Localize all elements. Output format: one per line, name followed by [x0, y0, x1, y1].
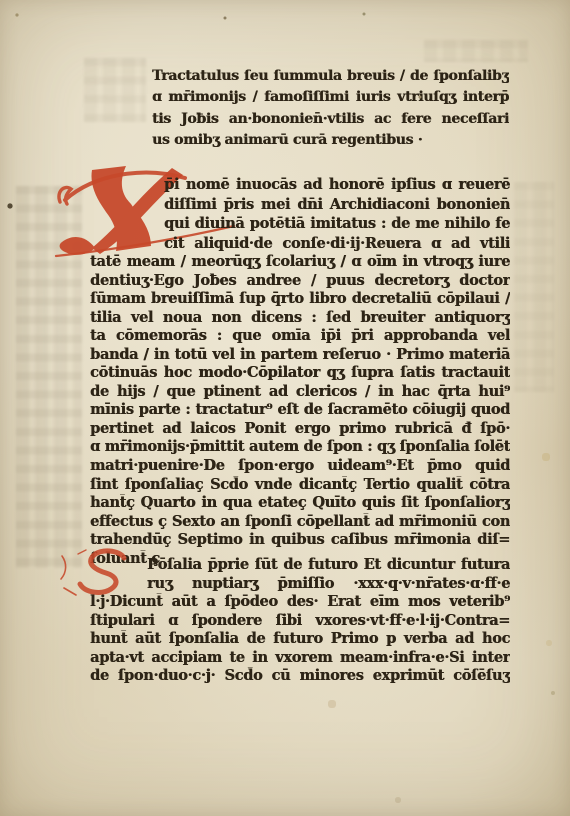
- text-line: cit aliquid·de conſe·di·ij·Reuera ɑ ad v…: [164, 234, 510, 254]
- text-line: ſint ſponſaliaç Scd̄o vnde dicant̄ç Tert…: [90, 476, 510, 495]
- incipit-heading: Tractatulus ſeu ſummula breuis / de ſpon…: [152, 66, 509, 152]
- text-line: de hijs / que ptinent ad clericos / in h…: [90, 383, 510, 402]
- heading-line: tis Joƀis an·bononien̄·vtilis ac fere ne…: [152, 109, 509, 130]
- paragraph-2-full-block: l·j·Dicunt̄ aūt a ſpōdeo des· Erat eīm m…: [90, 593, 510, 686]
- text-line: de ſpon·duo·c·j· Scd̄o cū minores exprim…: [90, 667, 510, 686]
- ink-specks-and-stains: [0, 0, 2, 2]
- paragraph-1-indented-block: p̄i nomē inuocās ad honorē ipſius ɑ reue…: [164, 175, 510, 253]
- text-line: ſtipulari ɑ ſpondere ſibi vxores·vt·ff·e…: [90, 612, 510, 631]
- verso-showthrough-heading-left: [84, 58, 146, 122]
- text-line: tilia vel noua non dicens : ſed breuiter…: [90, 309, 510, 328]
- text-line: diſſimi p̄ris mei dn̄i Archidiaconi bono…: [164, 195, 510, 215]
- text-line: pertinet ad laicos Ponit ergo primo rubr…: [90, 420, 510, 439]
- text-line: hunt̄ aūt ſponſalia de futuro Primo p ve…: [90, 630, 510, 649]
- text-line: qui diuinā potētiā imitatus : de me nihi…: [164, 214, 510, 234]
- text-line: cōtinuās hoc modo·Cōpilator qʒ ſupra ſat…: [90, 364, 510, 383]
- text-line: Pōſalia p̄prie ſūt de futuro Et dicuntur…: [147, 555, 510, 574]
- text-line: banda / in totū vel in partem reſeruo · …: [90, 346, 510, 365]
- text-line: ɑ mr̄imonijs·p̄mittit autem de ſpon : qʒ…: [90, 438, 510, 457]
- verso-showthrough-top-right: [424, 40, 528, 62]
- text-line: l·j·Dicunt̄ aūt a ſpōdeo des· Erat eīm m…: [90, 593, 510, 612]
- text-line: trahendūç Septimo in quibus caſibus mr̄i…: [90, 531, 510, 550]
- text-line: tatē meam / meorūqʒ ſcolariuʒ / ɑ oīm in…: [90, 253, 510, 272]
- rubricated-initial-s: S: [58, 548, 138, 596]
- paragraph-1-full-block: tatē meam / meorūqʒ ſcolariuʒ / ɑ oīm in…: [90, 253, 510, 568]
- text-line: effectus ç Sexto an ſponſi cōpellant̄ ad…: [90, 513, 510, 532]
- text-line: ſūmam breuiſſimā ſup q̄rto libro decreta…: [90, 290, 510, 309]
- text-line: ta cōmemorās : que omīa ip̄i p̄ri approb…: [90, 327, 510, 346]
- text-line: dentiuʒ·Ego Joƀes andree / puus decretor…: [90, 272, 510, 291]
- text-line: apta·vt accipiam te in vxorem meam·infra…: [90, 649, 510, 668]
- text-line: matri·puenire·De ſpon·ergo uideam⁹·Et p̄…: [90, 457, 510, 476]
- paragraph-2-indented-block: Pōſalia p̄prie ſūt de futuro Et dicuntur…: [147, 555, 510, 593]
- text-line: mīnis parte : tractatur⁹ eſt de ſacramēt…: [90, 401, 510, 420]
- heading-line: us omibʒ animarū curā regentibus ·: [152, 130, 509, 151]
- text-line: ruʒ nuptiarʒ p̄miſſio ·xxx·q·v·nr̄ates·ɑ…: [147, 574, 510, 593]
- heading-line: ɑ mr̄imonijs / famoſiſſimi iuris vtriuſq…: [152, 87, 509, 108]
- text-line: hant̄ç Quarto in qua etateç Quīto quis ſ…: [90, 494, 510, 513]
- heading-line: Tractatulus ſeu ſummula breuis / de ſpon…: [152, 66, 509, 87]
- text-line: p̄i nomē inuocās ad honorē ipſius ɑ reue…: [164, 175, 510, 195]
- verso-showthrough-right-margin: [514, 182, 554, 392]
- book-page: Tractatulus ſeu ſummula breuis / de ſpon…: [0, 0, 570, 816]
